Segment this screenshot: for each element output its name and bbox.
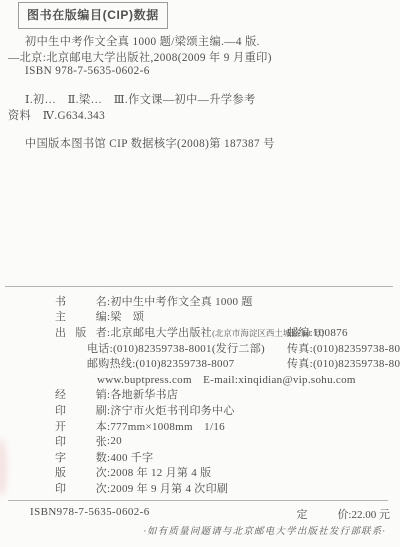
row-value: :2008 年 12 月第 4 版	[107, 464, 211, 480]
row-label: 经销	[55, 386, 107, 402]
cip-line-publisher: —北京:北京邮电大学出版社,2008(2009 年 9 月重印)	[8, 49, 272, 65]
colophon-row-edition: 版次 :2008 年 12 月第 4 版	[0, 465, 400, 481]
colophon-row-sheets: 印张 :20	[0, 433, 400, 449]
row-value: :400 千字	[107, 449, 153, 465]
cip-classification-line1: Ⅰ.初… Ⅱ.梁… Ⅲ.作文课—初中—升学参考	[25, 91, 256, 107]
colophon-row-word-count: 字数 :400 千字	[0, 449, 400, 465]
colophon-row-editor: 主编 :梁 颂	[0, 309, 400, 325]
price-value: 价:22.00 元	[337, 506, 390, 522]
footer-isbn: ISBN978-7-5635-0602-6	[30, 506, 150, 518]
cip-title: 图书在版编目(CIP)数据	[27, 8, 159, 22]
row-value: :各地新华书店	[107, 386, 178, 402]
row-value: :2009 年 9 月第 4 次印刷	[107, 480, 228, 496]
colophon-row-publisher: 出版者 :北京邮电大学出版社(北京市海淀区西土城路 10 号) 邮编:10087…	[0, 324, 400, 340]
row-label: 印次	[55, 480, 107, 496]
row-value: :777mm×1008mm 1/16	[107, 418, 225, 434]
row-label: 印刷	[55, 402, 107, 418]
row-label: 书名	[55, 293, 107, 309]
website-and-email: www.buptpress.com E-mail:xinqidian@vip.s…	[97, 371, 356, 387]
row-value: :20	[107, 435, 122, 447]
fax-number: 传真:(010)82359738-8002	[287, 355, 400, 371]
cip-registry-line: 中国版本图书馆 CIP 数据核字(2008)第 187387 号	[25, 135, 275, 151]
cip-line-title-statement: 初中生中考作文全真 1000 题/梁颂主编.—4 版.	[25, 33, 260, 49]
colophon-row-printer: 印刷 :济宁市火炬书刊印务中心	[0, 402, 400, 418]
fax-number: 传真:(010)82359738-8002	[287, 340, 400, 356]
footer-price: 定 价:22.00 元	[296, 506, 390, 522]
colophon-row-distributor: 经销 :各地新华书店	[0, 387, 400, 403]
row-value: 邮购热线:(010)82359738-8007	[87, 355, 234, 371]
row-label: 主编	[55, 308, 107, 324]
row-value: :济宁市火炬书刊印务中心	[107, 402, 235, 418]
cip-copyright-page: { "page": { "bg_color": "#fbfbf9", "text…	[0, 0, 400, 547]
colophon-row-impression: 印次 :2009 年 9 月第 4 次印刷	[0, 480, 400, 496]
publisher-name: :北京邮电大学出版社	[107, 327, 212, 339]
colophon-row-mail-order: 邮购热线:(010)82359738-8007 传真:(010)82359738…	[0, 355, 400, 371]
row-label: 印张	[55, 433, 107, 449]
row-value: :初中生中考作文全真 1000 题	[107, 293, 253, 309]
colophon-row-website: www.buptpress.com E-mail:xinqidian@vip.s…	[0, 371, 400, 387]
row-label: 开本	[55, 418, 107, 434]
price-label: 定	[296, 506, 307, 522]
cip-classification-line2: 资料 Ⅳ.G634.343	[8, 107, 105, 123]
cip-line-isbn: ISBN 978-7-5635-0602-6	[25, 65, 150, 77]
row-label: 出版者	[55, 324, 107, 340]
divider-bottom	[8, 500, 388, 501]
divider-top	[5, 286, 393, 287]
quality-note: ·如有质量问题请与北京邮电大学出版社发行部联系·	[143, 523, 386, 537]
row-label: 版次	[55, 464, 107, 480]
colophon-row-phone: 电话:(010)82359738-8001(发行二部) 传真:(010)8235…	[0, 340, 400, 356]
colophon-row-format: 开本 :777mm×1008mm 1/16	[0, 418, 400, 434]
colophon-row-book-title: 书名 :初中生中考作文全真 1000 题	[0, 293, 400, 309]
row-value: :梁 颂	[107, 308, 144, 324]
postcode: 邮编:100876	[287, 324, 348, 340]
cip-title-box: 图书在版编目(CIP)数据	[18, 2, 168, 29]
row-label: 字数	[55, 449, 107, 465]
row-value: 电话:(010)82359738-8001(发行二部)	[87, 340, 265, 356]
colophon-table: 书名 :初中生中考作文全真 1000 题 主编 :梁 颂 出版者 :北京邮电大学…	[0, 293, 400, 496]
